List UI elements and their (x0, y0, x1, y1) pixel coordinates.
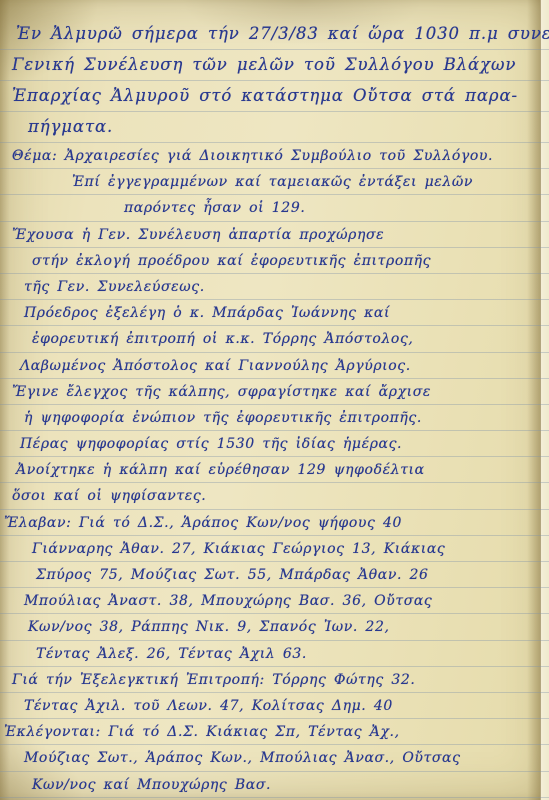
handwritten-line: παρόντες ἦσαν οἱ 129. (0, 195, 549, 221)
handwritten-line: πήγματα. (0, 112, 549, 143)
handwritten-line: Ἐπί ἐγγεγραμμένων καί ταμειακῶς ἐντάξει … (0, 169, 549, 195)
handwritten-line-text: Σπύρος 75, Μούζιας Σωτ. 55, Μπάρδας Ἀθαν… (18, 563, 429, 587)
handwritten-line: Σπύρος 75, Μούζιας Σωτ. 55, Μπάρδας Ἀθαν… (0, 562, 549, 588)
handwritten-line: Ἔχουσα ἡ Γεν. Συνέλευση ἀπαρτία προχώρησ… (0, 222, 549, 248)
handwritten-line: Τέντας Ἀχιλ. τοῦ Λεων. 47, Κολίτσας Δημ.… (0, 693, 549, 719)
handwritten-line-text: Ἔχουσα ἡ Γεν. Συνέλευση ἀπαρτία προχώρησ… (6, 223, 384, 247)
handwritten-line-text: Ἐκλέγονται: Γιά τό Δ.Σ. Κιάκιας Σπ, Τέντ… (2, 720, 400, 744)
handwritten-line-text: Ἔλαβαν: Γιά τό Δ.Σ., Ἁράπος Κων/νος ψήφο… (2, 511, 402, 535)
handwritten-line-text: Ἐπί ἐγγεγραμμένων καί ταμειακῶς ἐντάξει … (36, 170, 473, 194)
handwritten-line-text: Ἐπαρχίας Ἀλμυροῦ στό κατάστημα Οὔτσα στά… (6, 82, 518, 110)
handwritten-line: στήν ἐκλογή προέδρου καί ἐφορευτικῆς ἐπι… (0, 248, 549, 274)
handwritten-line: Τέντας Ἀλεξ. 26, Τέντας Ἀχιλ 63. (0, 641, 549, 667)
handwritten-line: Θέμα: Ἀρχαιρεσίες γιά Διοικητικό Συμβούλ… (0, 143, 549, 169)
handwritten-line-text: Γιάνναρης Ἀθαν. 27, Κιάκιας Γεώργιος 13,… (16, 537, 445, 561)
handwritten-line: τῆς Γεν. Συνελεύσεως. (0, 274, 549, 300)
scanned-notebook-page: Ἐν Ἀλμυρῶ σήμερα τήν 27/3/83 καί ὥρα 103… (0, 0, 549, 800)
handwritten-line-text: ἡ ψηφοφορία ἐνώπιον τῆς ἐφορευτικῆς ἐπιτ… (12, 406, 422, 430)
handwritten-line-text: Ἔγινε ἔλεγχος τῆς κάλπης, σφραγίστηκε κα… (6, 380, 431, 404)
handwritten-line-text: Λαβωμένος Ἀπόστολος καί Γιαννούλης Ἀργύρ… (10, 354, 411, 378)
handwritten-line-text: Κων/νος 38, Ράππης Νικ. 9, Σπανός Ἰων. 2… (14, 615, 390, 639)
handwritten-line-text: παρόντες ἦσαν οἱ 129. (62, 196, 305, 220)
handwritten-line-text: Γενική Συνέλευση τῶν μελῶν τοῦ Συλλόγου … (6, 51, 516, 79)
handwritten-line: Γενική Συνέλευση τῶν μελῶν τοῦ Συλλόγου … (0, 50, 549, 81)
handwritten-line: Ἐπαρχίας Ἀλμυροῦ στό κατάστημα Οὔτσα στά… (0, 81, 549, 112)
handwritten-line: Μπούλιας Ἀναστ. 38, Μπουχώρης Βασ. 36, Ο… (0, 588, 549, 614)
handwritten-line: Γιά τήν Ἐξελεγκτική Ἐπιτροπή: Τόρρης Φώτ… (0, 667, 549, 693)
handwritten-line: Μούζιας Σωτ., Ἁράπος Κων., Μπούλιας Ἀνασ… (0, 745, 549, 771)
handwritten-line-text: Ἐν Ἀλμυρῶ σήμερα τήν 27/3/83 καί ὥρα 103… (8, 20, 549, 48)
handwritten-line-text: Μπούλιας Ἀναστ. 38, Μπουχώρης Βασ. 36, Ο… (12, 589, 432, 613)
handwritten-line: ἡ ψηφοφορία ἐνώπιον τῆς ἐφορευτικῆς ἐπιτ… (0, 405, 549, 431)
handwritten-line: Ἐκλέγονται: Γιά τό Δ.Σ. Κιάκιας Σπ, Τέντ… (0, 719, 549, 745)
handwritten-line: Κων/νος 38, Ράππης Νικ. 9, Σπανός Ἰων. 2… (0, 614, 549, 640)
handwritten-line-text: ἐφορευτική ἐπιτροπή οἱ κ.κ. Τόρρης Ἀπόστ… (16, 327, 413, 351)
handwritten-line-text: Μούζιας Σωτ., Ἁράπος Κων., Μπούλιας Ἀνασ… (12, 746, 461, 770)
handwritten-line-text: πήγματα. (14, 113, 113, 141)
handwritten-line-text: Ἀνοίχτηκε ἡ κάλπη καί εὑρέθησαν 129 ψηφο… (8, 458, 425, 482)
handwritten-line: Λαβωμένος Ἀπόστολος καί Γιαννούλης Ἀργύρ… (0, 353, 549, 379)
handwritten-line: Ἀνοίχτηκε ἡ κάλπη καί εὑρέθησαν 129 ψηφο… (0, 457, 549, 483)
handwritten-line-text: στήν ἐκλογή προέδρου καί ἐφορευτικῆς ἐπι… (16, 249, 431, 273)
handwritten-line: Ἔλαβαν: Γιά τό Δ.Σ., Ἁράπος Κων/νος ψήφο… (0, 510, 549, 536)
handwritten-line-text: Θέμα: Ἀρχαιρεσίες γιά Διοικητικό Συμβούλ… (6, 144, 493, 168)
handwritten-text-block: Ἐν Ἀλμυρῶ σήμερα τήν 27/3/83 καί ὥρα 103… (0, 0, 549, 798)
handwritten-line-text: Γιά τήν Ἐξελεγκτική Ἐπιτροπή: Τόρρης Φώτ… (6, 668, 415, 692)
handwritten-line: ἐφορευτική ἐπιτροπή οἱ κ.κ. Τόρρης Ἀπόστ… (0, 326, 549, 352)
handwritten-line: Κων/νος καί Μπουχώρης Βασ. (0, 772, 549, 798)
handwritten-line: ὅσοι καί οἱ ψηφίσαντες. (0, 483, 549, 509)
handwritten-line-text: Κων/νος καί Μπουχώρης Βασ. (16, 773, 271, 797)
handwritten-line-text: Πέρας ψηφοφορίας στίς 1530 τῆς ἰδίας ἡμέ… (10, 432, 402, 456)
handwritten-line: Γιάνναρης Ἀθαν. 27, Κιάκιας Γεώργιος 13,… (0, 536, 549, 562)
handwritten-line: Ἔγινε ἔλεγχος τῆς κάλπης, σφραγίστηκε κα… (0, 379, 549, 405)
handwritten-line: Πέρας ψηφοφορίας στίς 1530 τῆς ἰδίας ἡμέ… (0, 431, 549, 457)
handwritten-line: Ἐν Ἀλμυρῶ σήμερα τήν 27/3/83 καί ὥρα 103… (0, 19, 549, 50)
handwritten-line-text: τῆς Γεν. Συνελεύσεως. (12, 275, 205, 299)
handwritten-line-text: ὅσοι καί οἱ ψηφίσαντες. (6, 484, 206, 508)
handwritten-line-text: Τέντας Ἀλεξ. 26, Τέντας Ἀχιλ 63. (18, 642, 307, 666)
handwritten-line-text: Τέντας Ἀχιλ. τοῦ Λεων. 47, Κολίτσας Δημ.… (12, 694, 393, 718)
handwritten-line: Πρόεδρος ἐξελέγη ὁ κ. Μπάρδας Ἰωάννης κα… (0, 300, 549, 326)
handwritten-line-text: Πρόεδρος ἐξελέγη ὁ κ. Μπάρδας Ἰωάννης κα… (12, 301, 390, 325)
